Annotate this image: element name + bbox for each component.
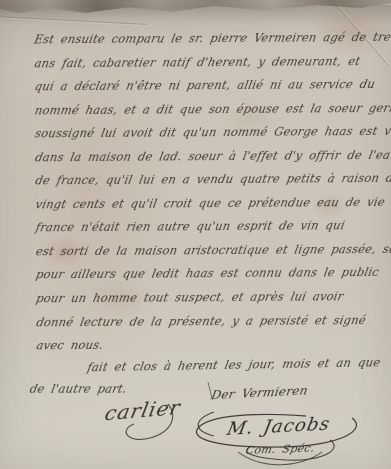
handwritten-body: Est ensuite comparu le sr. pierre Vermei… (32, 26, 382, 358)
handwritten-line: de france, qu'il lui en a vendu quatre p… (33, 167, 386, 193)
handwritten-line: vingt cents et qu'il croit que ce préten… (33, 191, 386, 217)
handwritten-line: soussigné lui avoit dit qu'un nommé Geor… (33, 120, 386, 146)
handwritten-line: pour ailleurs que ledit haas est connu d… (34, 261, 387, 287)
signature-jacobs: M. Jacobs (225, 413, 332, 439)
handwritten-line: dans la maison de lad. soeur à l'effet d… (33, 143, 386, 169)
handwritten-line: donné lecture de la présente, y a persis… (34, 308, 387, 334)
handwritten-line: nommé haas, et a dit que son épouse est … (33, 96, 386, 122)
signature-caption-vermieren: Der Vermieren (210, 384, 309, 403)
handwritten-line: ans fait, cabaretier natif d'herent, y d… (32, 49, 385, 75)
dateline-continued: de l'autre part. (29, 382, 129, 396)
dateline: fait et clos à herent les jour, mois et … (86, 355, 382, 374)
handwritten-line: france n'était rien autre qu'un esprit d… (33, 214, 386, 240)
handwritten-line: pour un homme tout suspect, et après lui… (34, 285, 387, 311)
handwritten-line: Est ensuite comparu le sr. pierre Vermei… (32, 26, 385, 52)
manuscript-page: Est ensuite comparu le sr. pierre Vermei… (0, 0, 391, 469)
handwritten-line: qui a déclaré n'être ni parent, allié ni… (32, 73, 385, 99)
signature-carlier: carlier (103, 395, 183, 425)
handwritten-closing-line: avec nous. (34, 332, 387, 358)
signature-title: Com. Spéc. (244, 442, 316, 457)
handwritten-line: est sorti de la maison aristocratique et… (33, 238, 386, 264)
